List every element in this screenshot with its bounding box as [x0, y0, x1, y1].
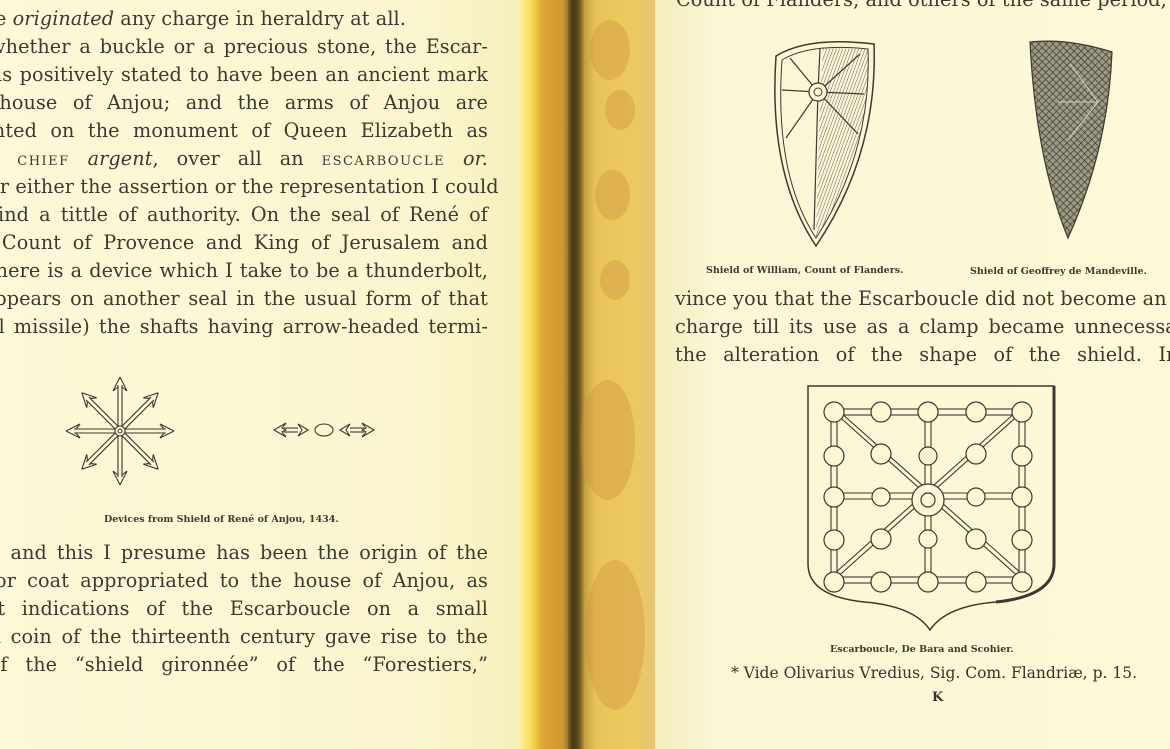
text-line: s a chief argent, over all an escarboucl…: [0, 145, 488, 173]
text-line: ou, Count of Provence and King of Jerusa…: [0, 229, 488, 257]
eight-arrow-starburst-icon: [60, 375, 180, 487]
text-line: e originated any charge in heraldry at a…: [0, 5, 523, 33]
escarboucle-caption: Escarboucle, De Bara and Scohier.: [830, 644, 1014, 655]
shield-william-icon: [768, 34, 878, 248]
shield-geoffrey-icon: [1028, 40, 1114, 240]
escarboucle-shield-icon: [806, 384, 1056, 632]
text-line: faint indications of the Escarboucle on …: [0, 595, 488, 623]
text-line: esented on the monument of Queen Elizabe…: [0, 117, 488, 145]
text-line: ly, there is a device which I take to be…: [0, 257, 488, 285]
text-line: er find a tittle of authority. On the se…: [0, 201, 488, 229]
signature-mark: K: [932, 690, 943, 705]
shield-william-caption: Shield of William, Count of Flanders.: [706, 265, 903, 276]
text-line: he house of Anjou; and the arms of Anjou…: [0, 89, 488, 117]
book-gutter-binding: [520, 0, 655, 749]
text-line: ut whether a buckle or a precious stone,…: [0, 33, 488, 61]
page-fold: [568, 0, 578, 749]
text-line: nish coin of the thirteenth century gave…: [0, 623, 488, 651]
figure-caption: Devices from Shield of René of Anjou, 14…: [104, 514, 339, 525]
double-arrow-thunderbolt-icon: [272, 420, 376, 440]
text-line: vince you that the Escarboucle did not b…: [675, 285, 1170, 313]
text-line: cle is positively stated to have been an…: [0, 61, 488, 89]
text-line: the alteration of the shape of the shiel…: [675, 341, 1170, 369]
text-line: v, for either the assertion or the repre…: [0, 173, 488, 201]
text-line: ge or coat appropriated to the house of …: [0, 567, 488, 595]
text-line: sical missile) the shafts having arrow-h…: [0, 313, 488, 341]
text-line: ons; and this I presume has been the ori…: [0, 539, 488, 567]
footnote: * Vide Olivarius Vredius, Sig. Com. Flan…: [731, 664, 1137, 682]
text-line: y of the “shield gironnée” of the “Fores…: [0, 651, 488, 679]
text-line: it appears on another seal in the usual …: [0, 285, 488, 313]
text-line: charge till its use as a clamp became un…: [675, 313, 1170, 341]
shield-geoffrey-caption: Shield of Geoffrey de Mandeville.: [970, 266, 1147, 277]
text-line-top: Count of Flanders, and others of the sam…: [676, 0, 1170, 14]
